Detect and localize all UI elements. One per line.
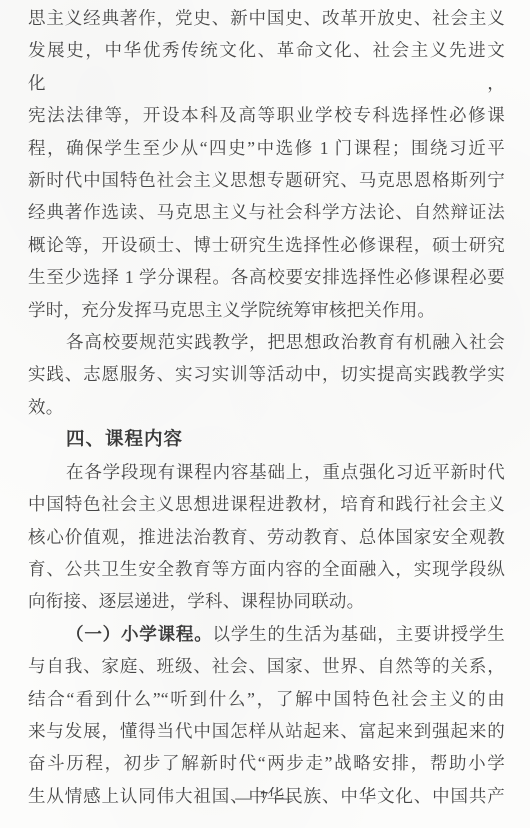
text-line: 宪法法律等，开设本科及高等职业学校专科选择性必修课 bbox=[28, 99, 505, 131]
text-line: 经典著作选读、马克思主义与社会科学方法论、自然辩证法 bbox=[28, 196, 505, 228]
text-line: 向衔接、逐层递进，学科、课程协同联动。 bbox=[28, 585, 505, 617]
text-line: 来与发展，懂得当代中国怎样从站起来、富起来到强起来的 bbox=[28, 715, 505, 747]
text-line: 新时代中国特色社会主义思想专题研究、马克思恩格斯列宁 bbox=[28, 164, 505, 196]
text-run: 以学生的生活为基础，主要讲授学生 bbox=[213, 624, 505, 644]
page-content: 思主义经典著作，党史、新中国史、改革开放史、社会主义 发展史，中华优秀传统文化、… bbox=[28, 2, 505, 812]
text-line: 学时，充分发挥马克思主义学院统筹审核把关作用。 bbox=[28, 294, 505, 326]
text-line: 结合“看到什么”“听到什么”，了解中国特色社会主义的由 bbox=[28, 683, 505, 715]
subsection-label: （一）小学课程。 bbox=[66, 624, 213, 644]
document-page: 思主义经典著作，党史、新中国史、改革开放史、社会主义 发展史，中华优秀传统文化、… bbox=[0, 0, 530, 828]
text-line: 各高校要规范实践教学，把思想政治教育有机融入社会 bbox=[28, 326, 505, 358]
text-line: 与自我、家庭、班级、社会、国家、世界、自然等的关系， bbox=[28, 650, 505, 682]
text-line: 发展史，中华优秀传统文化、革命文化、社会主义先进文化， bbox=[28, 34, 505, 99]
page-number: — 7 — bbox=[0, 782, 530, 814]
text-line: 概论等，开设硕士、博士研究生选择性必修课程，硕士研究 bbox=[28, 229, 505, 261]
text-line: 程，确保学生至少从“四史”中选修 1 门课程；围绕习近平 bbox=[28, 132, 505, 164]
text-line: 生至少选择 1 学分课程。各高校要安排选择性必修课程必要 bbox=[28, 261, 505, 293]
text-line: 实践、志愿服务、实习实训等活动中，切实提高实践教学实 bbox=[28, 358, 505, 390]
text-line: 奋斗历程，初步了解新时代“两步走”战略安排，帮助小学 bbox=[28, 747, 505, 779]
text-line: （一）小学课程。以学生的生活为基础，主要讲授学生 bbox=[28, 618, 505, 650]
section-heading: 四、课程内容 bbox=[28, 423, 505, 455]
text-line: 效。 bbox=[28, 391, 505, 423]
text-line: 在各学段现有课程内容基础上，重点强化习近平新时代 bbox=[28, 456, 505, 488]
text-line: 中国特色社会主义思想进课程进教材，培育和践行社会主义 bbox=[28, 488, 505, 520]
text-line: 思主义经典著作，党史、新中国史、改革开放史、社会主义 bbox=[28, 2, 505, 34]
text-line: 核心价值观，推进法治教育、劳动教育、总体国家安全观教 bbox=[28, 521, 505, 553]
text-line: 育、公共卫生安全教育等方面内容的全面融入，实现学段纵 bbox=[28, 553, 505, 585]
